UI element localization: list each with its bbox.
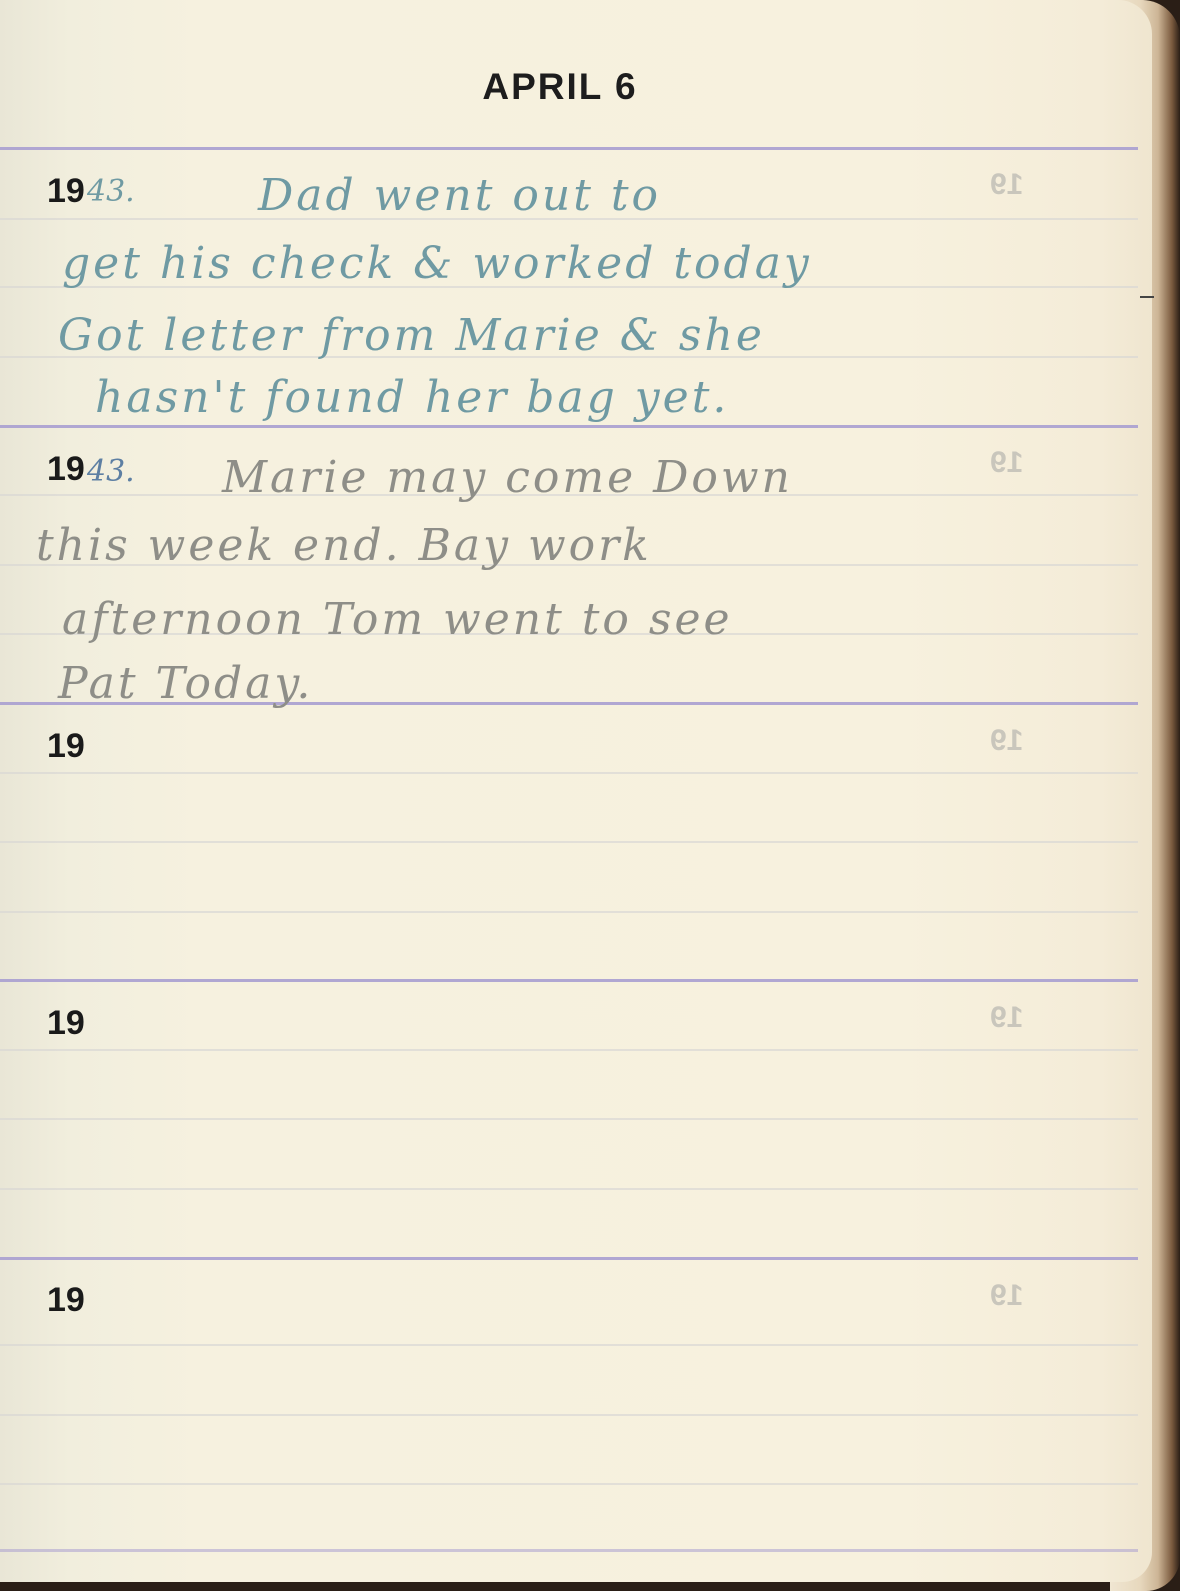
bleed-through-year: 19 xyxy=(990,446,1023,480)
ruled-line xyxy=(0,1118,1138,1120)
printed-year: 19 xyxy=(47,1004,85,1043)
entry-line: Pat Today. xyxy=(58,658,313,709)
ruled-line xyxy=(0,841,1138,843)
bleed-through-year: 19 xyxy=(990,724,1023,758)
bleed-through-year: 19 xyxy=(990,168,1023,202)
ruled-line xyxy=(0,1414,1138,1416)
margin-mark xyxy=(1140,296,1154,298)
entry-line: Marie may come Down xyxy=(222,452,793,503)
entry-line: get his check & worked today xyxy=(62,238,812,289)
diary-page: APRIL 6 19 19 19 19 19 19 43. Dad went o… xyxy=(0,0,1152,1582)
written-year-suffix: 43. xyxy=(87,454,135,489)
entry-line: this week end. Bay work xyxy=(36,520,652,571)
printed-year: 19 xyxy=(47,172,85,211)
page-title: APRIL 6 xyxy=(0,66,1120,108)
ruled-line xyxy=(0,1188,1138,1190)
entry-line: afternoon Tom went to see xyxy=(62,594,733,645)
written-year-suffix: 43. xyxy=(87,174,135,209)
section-rule xyxy=(0,1257,1138,1260)
ruled-line xyxy=(0,1344,1138,1346)
printed-year: 19 xyxy=(47,450,85,489)
printed-year: 19 xyxy=(47,1281,85,1320)
ruled-line xyxy=(0,1483,1138,1485)
printed-year: 19 xyxy=(47,727,85,766)
bleed-through-year: 19 xyxy=(990,1279,1023,1313)
section-rule xyxy=(0,979,1138,982)
bleed-through-year: 19 xyxy=(990,1001,1023,1035)
entry-line: Got letter from Marie & she xyxy=(58,310,765,361)
ruled-line xyxy=(0,1049,1138,1051)
section-rule xyxy=(0,425,1138,428)
entry-line: hasn't found her bag yet. xyxy=(95,372,729,423)
ruled-line xyxy=(0,911,1138,913)
ruled-line xyxy=(0,772,1138,774)
section-rule xyxy=(0,147,1138,150)
entry-line: Dad went out to xyxy=(258,170,661,221)
section-rule xyxy=(0,1549,1138,1552)
